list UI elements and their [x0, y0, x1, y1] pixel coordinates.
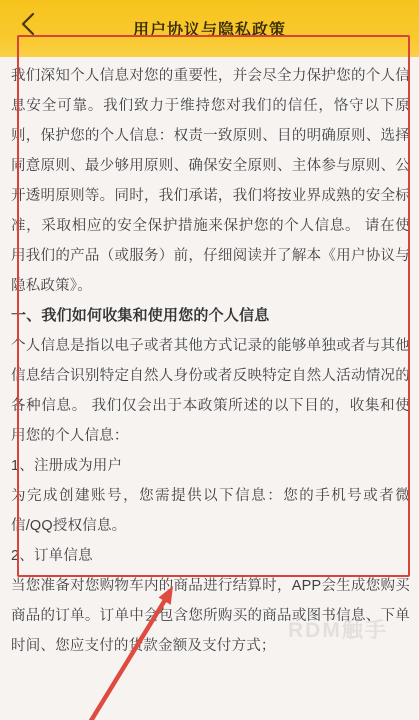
section1-intro-paragraph: 个人信息是指以电子或者其他方式记录的能够单独或者与其他信息结合识别特定自然人身份… [11, 331, 410, 451]
watermark: RDM触手 [288, 614, 388, 644]
app-screen: 用户协议与隐私政策 我们深知个人信息对您的重要性，并会尽全力保护您的个人信息安全… [0, 0, 419, 720]
section1-heading: 一、我们如何收集和使用您的个人信息 [11, 301, 410, 331]
policy-intro-paragraph: 我们深知个人信息对您的重要性，并会尽全力保护您的个人信息安全可靠。我们致力于维持… [11, 61, 410, 301]
policy-content[interactable]: 我们深知个人信息对您的重要性，并会尽全力保护您的个人信息安全可靠。我们致力于维持… [0, 57, 419, 661]
appbar: 用户协议与隐私政策 [0, 0, 419, 57]
chevron-left-icon [21, 12, 35, 36]
page-title: 用户协议与隐私政策 [133, 17, 286, 40]
item2-title: 2、订单信息 [11, 541, 410, 571]
item1-title: 1、注册成为用户 [11, 451, 410, 481]
item1-body: 为完成创建账号，您需提供以下信息：您的手机号或者微信/QQ授权信息。 [11, 481, 410, 541]
back-button[interactable] [10, 6, 46, 42]
